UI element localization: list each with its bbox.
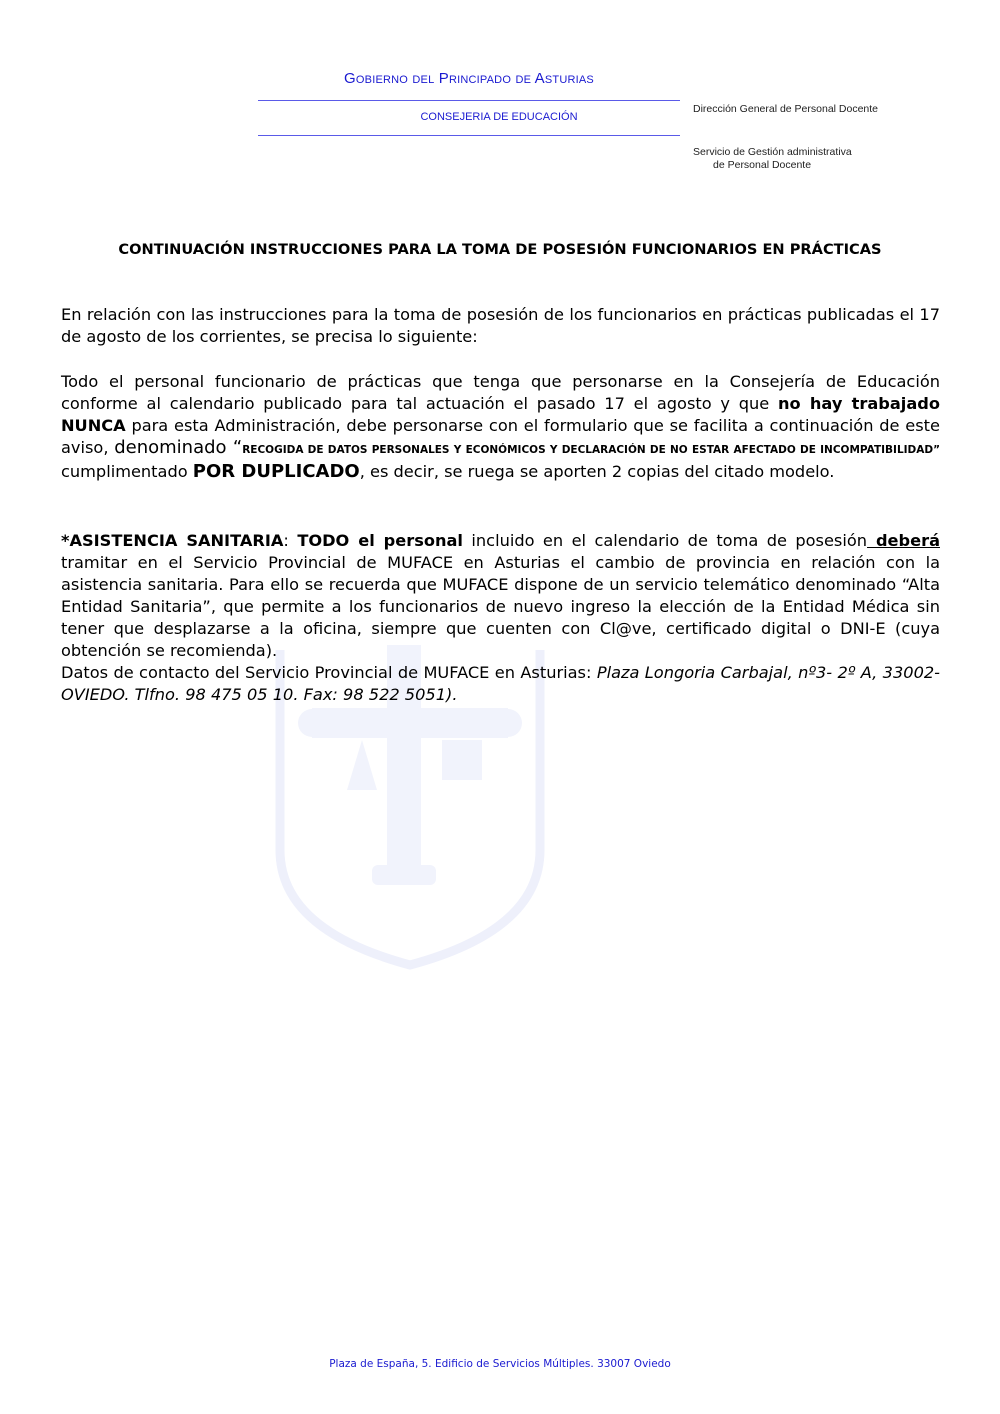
header-rule-top: [258, 100, 680, 101]
header-rule-bottom: [258, 135, 680, 136]
p3-colon: :: [283, 531, 297, 550]
p3-subject: TODO el personal: [297, 531, 463, 550]
service-line-2: de Personal Docente: [693, 159, 852, 172]
p3-underlined-must: deberá: [867, 531, 940, 550]
p3-text-2: tramitar en el Servicio Provincial de MU…: [61, 553, 940, 660]
footer-address: Plaza de España, 5. Edificio de Servicio…: [0, 1358, 1000, 1370]
p3-contact-label: Datos de contacto del Servicio Provincia…: [61, 663, 597, 682]
p3-label: *ASISTENCIA SANITARIA: [61, 531, 283, 550]
paragraph-intro: En relación con las instrucciones para l…: [61, 304, 940, 348]
paragraph-health-assistance: *ASISTENCIA SANITARIA: TODO el personal …: [61, 530, 940, 706]
p2-text-4: , es decir, se ruega se aporten 2 copias…: [360, 462, 835, 481]
government-name: Gobierno del Principado de Asturias: [258, 70, 680, 87]
p3-text-1: incluido en el calendario de toma de pos…: [463, 531, 867, 550]
p2-form-name: Recogida de datos personales y económico…: [242, 444, 940, 456]
directorate-name: Dirección General de Personal Docente: [693, 103, 878, 116]
department-name: Consejeria de Educación: [258, 111, 740, 123]
p2-bold-duplicate: POR DUPLICADO: [193, 461, 360, 482]
paragraph-form-instructions: Todo el personal funcionario de práctica…: [61, 371, 940, 483]
service-name: Servicio de Gestión administrativa de Pe…: [693, 146, 852, 172]
service-line-1: Servicio de Gestión administrativa: [693, 146, 852, 159]
document-title: CONTINUACIÓN INSTRUCCIONES PARA LA TOMA …: [60, 241, 940, 258]
p2-text-3: cumplimentado: [61, 462, 193, 481]
p2-denominado: denominado “: [114, 437, 242, 458]
